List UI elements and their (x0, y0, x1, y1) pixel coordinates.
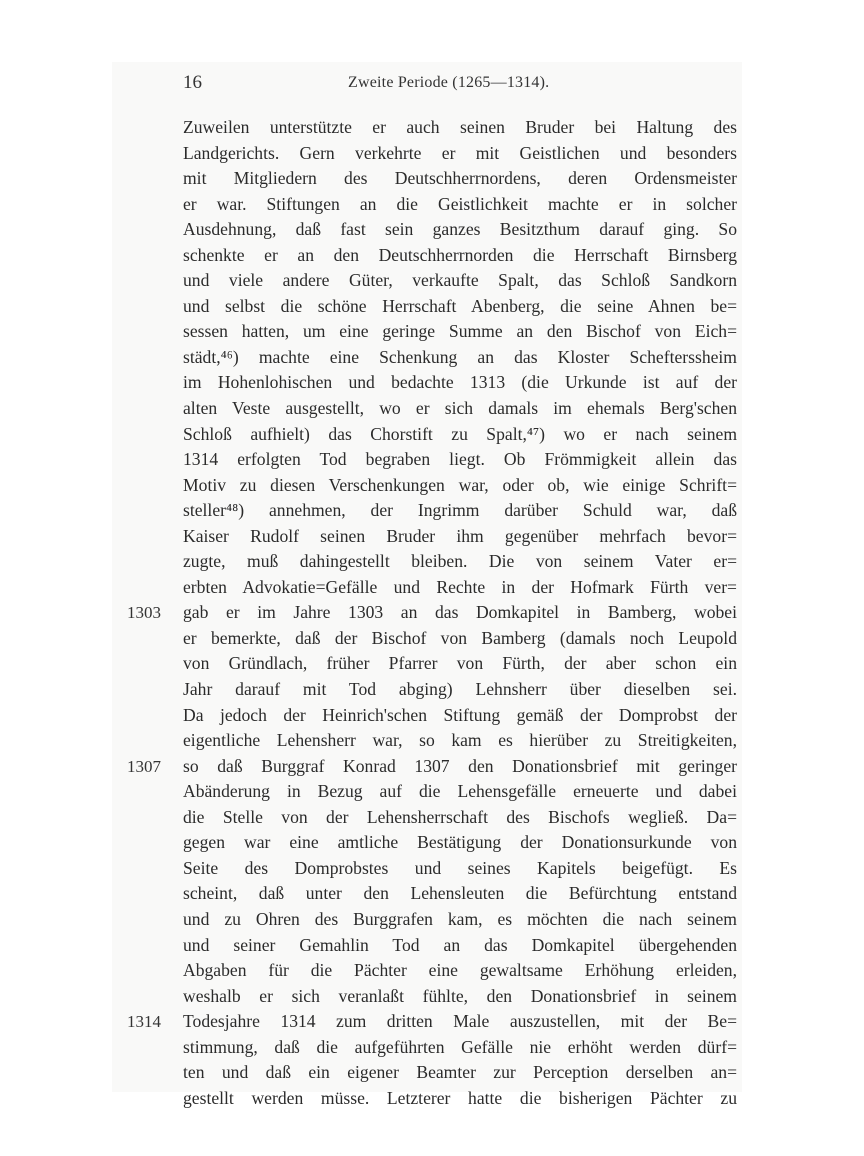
text-line: Seite des Domprobstes und seines Kapitel… (183, 856, 737, 882)
line-text: zugte, muß dahingestellt bleiben. Die vo… (183, 549, 737, 575)
line-text: im Hohenlohischen und bedachte 1313 (die… (183, 370, 737, 396)
text-line: erbten Advokatie=Gefälle und Rechte in d… (183, 575, 737, 601)
text-line: eigentliche Lehensherr war, so kam es hi… (183, 728, 737, 754)
text-line: Landgerichts. Gern verkehrte er mit Geis… (183, 141, 737, 167)
line-text: Seite des Domprobstes und seines Kapitel… (183, 856, 737, 882)
text-line: er bemerkte, daß der Bischof von Bamberg… (183, 626, 737, 652)
text-line: stimmung, daß die aufgeführten Gefälle n… (183, 1035, 737, 1061)
text-line: zugte, muß dahingestellt bleiben. Die vo… (183, 549, 737, 575)
line-text: er bemerkte, daß der Bischof von Bamberg… (183, 626, 737, 652)
line-text: mit Mitgliedern des Deutschherrnordens, … (183, 166, 737, 192)
text-line: von Gründlach, früher Pfarrer von Fürth,… (183, 651, 737, 677)
line-text: so daß Burggraf Konrad 1307 den Donation… (183, 754, 737, 780)
line-text: Todesjahre 1314 zum dritten Male auszust… (183, 1009, 737, 1035)
text-line: alten Veste ausgestellt, wo er sich dama… (183, 396, 737, 422)
text-line: im Hohenlohischen und bedachte 1313 (die… (183, 370, 737, 396)
text-line: gegen war eine amtliche Bestätigung der … (183, 830, 737, 856)
line-text: stimmung, daß die aufgeführten Gefälle n… (183, 1035, 737, 1061)
running-head-title: Zweite Periode (1265—1314). (348, 74, 549, 92)
text-line: Zuweilen unterstützte er auch seinen Bru… (183, 115, 737, 141)
text-line: und viele andere Güter, verkaufte Spalt,… (183, 268, 737, 294)
line-text: erbten Advokatie=Gefälle und Rechte in d… (183, 575, 737, 601)
line-text: gegen war eine amtliche Bestätigung der … (183, 830, 737, 856)
text-line: gestellt werden müsse. Letzterer hatte d… (183, 1086, 737, 1112)
text-line: Abgaben für die Pächter eine gewaltsame … (183, 958, 737, 984)
line-text: Ausdehnung, daß fast sein ganzes Besitzt… (183, 217, 737, 243)
line-text: und selbst die schöne Herrschaft Abenber… (183, 294, 737, 320)
line-text: sessen hatten, um eine geringe Summe an … (183, 319, 737, 345)
text-line: Kaiser Rudolf seinen Bruder ihm gegenübe… (183, 524, 737, 550)
text-line: sessen hatten, um eine geringe Summe an … (183, 319, 737, 345)
text-line: scheint, daß unter den Lehensleuten die … (183, 881, 737, 907)
line-text: er war. Stiftungen an die Geistlichkeit … (183, 192, 737, 218)
text-line: ten und daß ein eigener Beamter zur Perc… (183, 1060, 737, 1086)
text-line: Todesjahre 1314 zum dritten Male auszust… (183, 1009, 737, 1035)
line-text: und seiner Gemahlin Tod an das Domkapite… (183, 933, 737, 959)
line-text: eigentliche Lehensherr war, so kam es hi… (183, 728, 737, 754)
line-text: Kaiser Rudolf seinen Bruder ihm gegenübe… (183, 524, 737, 550)
text-line: mit Mitgliedern des Deutschherrnordens, … (183, 166, 737, 192)
body-text: Zuweilen unterstützte er auch seinen Bru… (183, 115, 737, 1111)
text-line: weshalb er sich veranlaßt fühlte, den Do… (183, 984, 737, 1010)
line-text: die Stelle von der Lehensherrschaft des … (183, 805, 737, 831)
line-text: Motiv zu diesen Verschenkungen war, oder… (183, 473, 737, 499)
running-head: 16 Zweite Periode (1265—1314). (183, 72, 737, 98)
line-text: Zuweilen unterstützte er auch seinen Bru… (183, 115, 737, 141)
line-text: steller⁴⁸) annehmen, der Ingrimm darüber… (183, 498, 737, 524)
line-text: gestellt werden müsse. Letzterer hatte d… (183, 1086, 737, 1112)
line-text: alten Veste ausgestellt, wo er sich dama… (183, 396, 737, 422)
text-line: schenkte er an den Deutschherrnorden die… (183, 243, 737, 269)
margin-year-note: 1303 (127, 600, 161, 626)
text-line: Abänderung in Bezug auf die Lehensgefäll… (183, 779, 737, 805)
line-text: Schloß aufhielt) das Chorstift zu Spalt,… (183, 422, 737, 448)
page-number: 16 (183, 72, 202, 94)
line-text: 1314 erfolgten Tod begraben liegt. Ob Fr… (183, 447, 737, 473)
text-line: er war. Stiftungen an die Geistlichkeit … (183, 192, 737, 218)
text-line: Schloß aufhielt) das Chorstift zu Spalt,… (183, 422, 737, 448)
text-line: die Stelle von der Lehensherrschaft des … (183, 805, 737, 831)
text-line: so daß Burggraf Konrad 1307 den Donation… (183, 754, 737, 780)
line-text: Da jedoch der Heinrich'schen Stiftung ge… (183, 703, 737, 729)
line-text: scheint, daß unter den Lehensleuten die … (183, 881, 737, 907)
text-line: Motiv zu diesen Verschenkungen war, oder… (183, 473, 737, 499)
text-line: und zu Ohren des Burggrafen kam, es möch… (183, 907, 737, 933)
line-text: schenkte er an den Deutschherrnorden die… (183, 243, 737, 269)
line-text: und zu Ohren des Burggrafen kam, es möch… (183, 907, 737, 933)
line-text: Jahr darauf mit Tod abging) Lehnsherr üb… (183, 677, 737, 703)
line-text: städt,⁴⁶) machte eine Schenkung an das K… (183, 345, 737, 371)
line-text: Abgaben für die Pächter eine gewaltsame … (183, 958, 737, 984)
line-text: ten und daß ein eigener Beamter zur Perc… (183, 1060, 737, 1086)
line-text: Landgerichts. Gern verkehrte er mit Geis… (183, 141, 737, 167)
text-line: 1314 erfolgten Tod begraben liegt. Ob Fr… (183, 447, 737, 473)
line-text: und viele andere Güter, verkaufte Spalt,… (183, 268, 737, 294)
line-text: gab er im Jahre 1303 an das Domkapitel i… (183, 600, 737, 626)
line-text: weshalb er sich veranlaßt fühlte, den Do… (183, 984, 737, 1010)
margin-year-note: 1314 (127, 1009, 161, 1035)
text-line: und seiner Gemahlin Tod an das Domkapite… (183, 933, 737, 959)
text-line: städt,⁴⁶) machte eine Schenkung an das K… (183, 345, 737, 371)
text-line: gab er im Jahre 1303 an das Domkapitel i… (183, 600, 737, 626)
line-text: von Gründlach, früher Pfarrer von Fürth,… (183, 651, 737, 677)
text-line: Jahr darauf mit Tod abging) Lehnsherr üb… (183, 677, 737, 703)
text-line: Da jedoch der Heinrich'schen Stiftung ge… (183, 703, 737, 729)
text-line: Ausdehnung, daß fast sein ganzes Besitzt… (183, 217, 737, 243)
line-text: Abänderung in Bezug auf die Lehensgefäll… (183, 779, 737, 805)
text-line: steller⁴⁸) annehmen, der Ingrimm darüber… (183, 498, 737, 524)
margin-year-note: 1307 (127, 754, 161, 780)
text-line: und selbst die schöne Herrschaft Abenber… (183, 294, 737, 320)
